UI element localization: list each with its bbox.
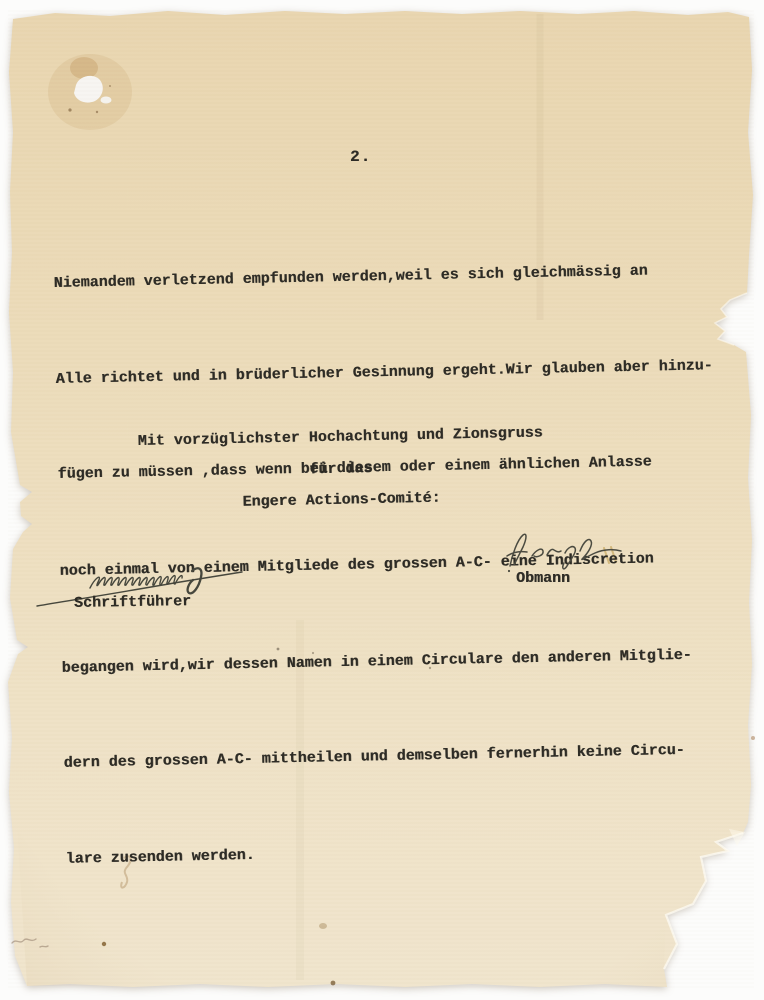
typed-line: Niemandem verletzend empfunden werden,we… <box>53 254 744 300</box>
obmann-title-label: Obmann <box>516 570 570 587</box>
schriftfuehrer-title-label: Schriftführer <box>74 593 191 612</box>
letter-content: 2. Niemandem verletzend empfunden werden… <box>0 0 764 1000</box>
typed-line: begangen wird,wir dessen Namen in einem … <box>61 638 752 684</box>
closing-block: Mit vorzüglichster Hochachtung und Zions… <box>40 415 642 522</box>
typed-line: dern des grossen A-C- mittheilen und dem… <box>63 733 754 779</box>
page-number: 2. <box>350 148 371 166</box>
document-scan: 2. Niemandem verletzend empfunden werden… <box>0 0 764 1000</box>
typed-line: lare zusenden werden. <box>65 829 756 875</box>
typed-line: Alle richtet und in brüderlicher Gesinnu… <box>55 350 746 396</box>
